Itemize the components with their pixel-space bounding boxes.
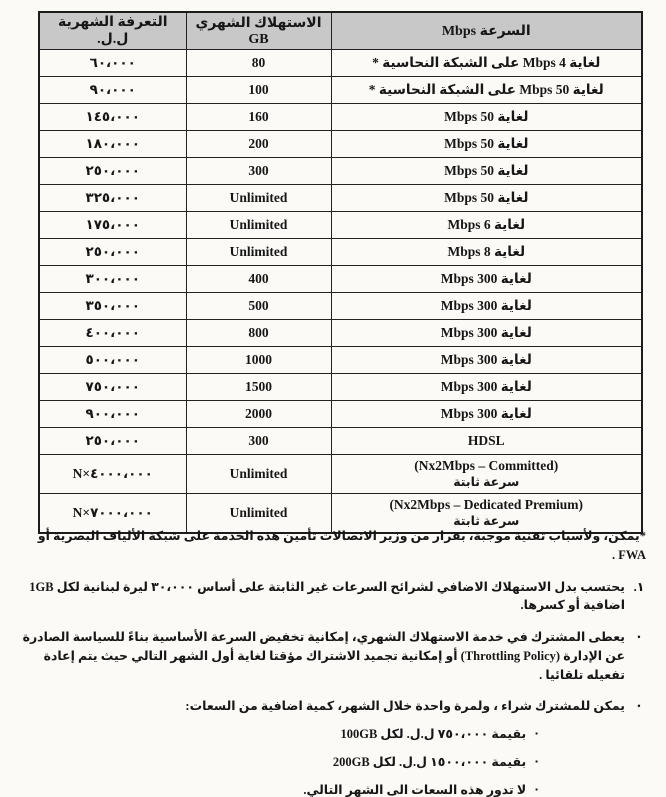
tariff-row: لغاية 50 MbpsUnlimited٣٢٥،٠٠٠ [39,185,642,212]
document-page: السرعة Mbps الاستهلاك الشهري GB التعرفة … [0,0,666,797]
tariff-cell: ٦٠،٠٠٠ [39,50,186,77]
consumption-cell: 300 [186,428,331,455]
tariff-cell: ٥٠٠،٠٠٠ [39,347,186,374]
tariff-row: لغاية 300 Mbps800٤٠٠،٠٠٠ [39,320,642,347]
tariff-row: لغاية 300 Mbps500٣٥٠،٠٠٠ [39,293,642,320]
consumption-cell: 800 [186,320,331,347]
tariff-cell: ٩٠،٠٠٠ [39,77,186,104]
square-bullet-icon: ▪ [535,725,538,744]
tariff-row: لغاية 6 MbpsUnlimited١٧٥،٠٠٠ [39,212,642,239]
tariff-table: السرعة Mbps الاستهلاك الشهري GB التعرفة … [38,11,643,534]
square-bullet-icon: ▪ [535,781,538,797]
tariff-cell: ٧٥٠،٠٠٠ [39,374,186,401]
list-marker: ١. [632,578,646,616]
speed-cell: لغاية 300 Mbps [331,347,642,374]
tariff-cell: ٩٠٠،٠٠٠ [39,401,186,428]
list-marker: • [632,697,646,716]
tariff-row: لغاية 300 Mbps1500٧٥٠،٠٠٠ [39,374,642,401]
tariff-row: لغاية 50 Mbps160١٤٥،٠٠٠ [39,104,642,131]
tariff-row: لغاية 50 Mbps200١٨٠،٠٠٠ [39,131,642,158]
footnote-text: يعطى المشترك في خدمة الاستهلاك الشهري، إ… [14,628,625,684]
table-header-row: السرعة Mbps الاستهلاك الشهري GB التعرفة … [39,12,642,50]
speed-cell: (Nx2Mbps – Committed)سرعة ثابتة [331,455,642,494]
consumption-cell: 2000 [186,401,331,428]
consumption-cell: 200 [186,131,331,158]
footnote-item: •يمكن للمشترك شراء ، ولمرة واحدة خلال ال… [14,697,646,716]
header-tariff: التعرفة الشهرية ل.ل. [39,12,186,50]
speed-cell: لغاية 300 Mbps [331,266,642,293]
footnotes-section: *يمكن، ولأسباب تقنية موجبة، بقرار من وزي… [14,527,646,797]
speed-cell: لغاية 300 Mbps [331,293,642,320]
tariff-row: لغاية 50 Mbps على الشبكة النحاسية *100٩٠… [39,77,642,104]
addon-capacity-item: ▪بقيمة ٧٥٠،٠٠٠ ل.ل. لكل 100GB [14,725,538,744]
tariff-cell: ١٨٠،٠٠٠ [39,131,186,158]
speed-cell: لغاية 300 Mbps [331,401,642,428]
speed-cell: لغاية 6 Mbps [331,212,642,239]
speed-cell: لغاية 50 Mbps [331,104,642,131]
addon-capacity-text: بقيمة ٧٥٠،٠٠٠ ل.ل. لكل 100GB [340,725,526,744]
footnote-item: ١.يحتسب بدل الاستهلاك الاضافي لشرائح الس… [14,578,646,616]
consumption-cell: 1000 [186,347,331,374]
tariff-cell: ٢٥٠،٠٠٠ [39,428,186,455]
footnote-item: •يعطى المشترك في خدمة الاستهلاك الشهري، … [14,628,646,684]
consumption-cell: Unlimited [186,455,331,494]
addon-capacity-list: ▪بقيمة ٧٥٠،٠٠٠ ل.ل. لكل 100GB▪بقيمة ١٥٠٠… [14,725,538,797]
tariff-cell: ٢٥٠،٠٠٠ [39,239,186,266]
speed-cell: لغاية 50 Mbps [331,185,642,212]
consumption-cell: 500 [186,293,331,320]
tariff-row: لغاية 300 Mbps2000٩٠٠،٠٠٠ [39,401,642,428]
header-speed: السرعة Mbps [331,12,642,50]
tariff-row: لغاية 50 Mbps300٢٥٠،٠٠٠ [39,158,642,185]
footnote-text: يمكن للمشترك شراء ، ولمرة واحدة خلال الش… [14,697,625,716]
tariff-row: لغاية 300 Mbps1000٥٠٠،٠٠٠ [39,347,642,374]
tariff-cell: ٣٥٠،٠٠٠ [39,293,186,320]
consumption-cell: Unlimited [186,212,331,239]
tariff-cell: ١٤٥،٠٠٠ [39,104,186,131]
speed-cell: لغاية 50 Mbps على الشبكة النحاسية * [331,77,642,104]
speed-cell: HDSL [331,428,642,455]
addon-capacity-item: ▪لا تدور هذه السعات الى الشهر التالي. [14,781,538,797]
consumption-cell: Unlimited [186,239,331,266]
tariff-row: (Nx2Mbps – Committed)سرعة ثابتةUnlimited… [39,455,642,494]
consumption-cell: Unlimited [186,185,331,212]
consumption-cell: 160 [186,104,331,131]
consumption-cell: 400 [186,266,331,293]
list-marker: • [632,628,646,684]
tariff-row: لغاية 4 Mbps على الشبكة النحاسية *80٦٠،٠… [39,50,642,77]
speed-cell: لغاية 300 Mbps [331,320,642,347]
consumption-cell: 80 [186,50,331,77]
speed-cell: لغاية 4 Mbps على الشبكة النحاسية * [331,50,642,77]
asterisk-footnote: *يمكن، ولأسباب تقنية موجبة، بقرار من وزي… [14,527,646,565]
speed-cell: لغاية 300 Mbps [331,374,642,401]
addon-capacity-text: بقيمة ١٥٠٠،٠٠٠ ل.ل. لكل 200GB [333,753,526,772]
square-bullet-icon: ▪ [535,753,538,772]
consumption-cell: 100 [186,77,331,104]
speed-cell: لغاية 8 Mbps [331,239,642,266]
tariff-cell: ٢٥٠،٠٠٠ [39,158,186,185]
tariff-cell: N×٤٠٠٠،٠٠٠ [39,455,186,494]
tariff-cell: ٣٠٠،٠٠٠ [39,266,186,293]
speed-cell: لغاية 50 Mbps [331,131,642,158]
tariff-cell: ٤٠٠،٠٠٠ [39,320,186,347]
header-consumption: الاستهلاك الشهري GB [186,12,331,50]
tariff-row: لغاية 8 MbpsUnlimited٢٥٠،٠٠٠ [39,239,642,266]
addon-capacity-item: ▪بقيمة ١٥٠٠،٠٠٠ ل.ل. لكل 200GB [14,753,538,772]
speed-cell: لغاية 50 Mbps [331,158,642,185]
consumption-cell: 1500 [186,374,331,401]
footnote-text: يحتسب بدل الاستهلاك الاضافي لشرائح السرع… [14,578,625,616]
tariff-row: لغاية 300 Mbps400٣٠٠،٠٠٠ [39,266,642,293]
tariff-cell: ٣٢٥،٠٠٠ [39,185,186,212]
addon-capacity-text: لا تدور هذه السعات الى الشهر التالي. [303,781,526,797]
tariff-row: HDSL300٢٥٠،٠٠٠ [39,428,642,455]
tariff-cell: ١٧٥،٠٠٠ [39,212,186,239]
consumption-cell: 300 [186,158,331,185]
